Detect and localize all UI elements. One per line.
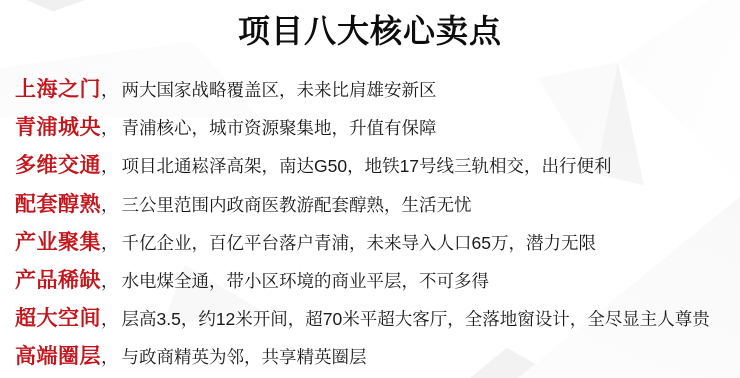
selling-point-description: 与政商精英为邻，共享精英圈层	[122, 347, 367, 367]
separator-comma: ，	[101, 80, 119, 100]
selling-point-label: 高端圈层	[15, 345, 101, 368]
selling-point-row: 配套醇熟，三公里范围内政商医教游配套醇熟，生活无忧	[15, 186, 740, 224]
selling-point-label: 产业聚集	[15, 231, 101, 254]
selling-point-row: 多维交通，项目北通崧泽高架，南达G50，地铁17号线三轨相交，出行便利	[15, 147, 740, 185]
separator-comma: ，	[101, 156, 119, 176]
selling-point-label: 青浦城央	[15, 116, 101, 139]
selling-point-row: 产业聚集，千亿企业，百亿平台落户青浦，未来导入人口65万，潜力无限	[15, 224, 740, 262]
slide-canvas: 项目八大核心卖点 上海之门，两大国家战略覆盖区，未来比肩雄安新区 青浦城央，青浦…	[0, 0, 740, 378]
selling-point-row: 青浦城央，青浦核心，城市资源聚集地，升值有保障	[15, 109, 740, 147]
selling-point-row: 产品稀缺，水电煤全通，带小区环境的商业平层，不可多得	[15, 262, 740, 300]
separator-comma: ，	[101, 309, 119, 329]
separator-comma: ，	[101, 118, 119, 138]
selling-point-label: 配套醇熟	[15, 193, 101, 216]
separator-comma: ，	[101, 233, 119, 253]
selling-point-label: 多维交通	[15, 154, 101, 177]
selling-point-description: 水电煤全通，带小区环境的商业平层，不可多得	[122, 271, 490, 291]
selling-points-list: 上海之门，两大国家战略覆盖区，未来比肩雄安新区 青浦城央，青浦核心，城市资源聚集…	[15, 71, 740, 377]
selling-point-description: 项目北通崧泽高架，南达G50，地铁17号线三轨相交，出行便利	[122, 156, 612, 176]
selling-point-description: 两大国家战略覆盖区，未来比肩雄安新区	[122, 80, 437, 100]
selling-point-row: 高端圈层，与政商精英为邻，共享精英圈层	[15, 338, 740, 376]
separator-comma: ，	[101, 271, 119, 291]
selling-point-row: 超大空间，层高3.5，约12米开间，超70米平超大客厅，全落地窗设计，全尽显主人…	[15, 300, 740, 338]
selling-point-label: 上海之门	[15, 78, 101, 101]
selling-point-description: 层高3.5，约12米开间，超70米平超大客厅，全落地窗设计，全尽显主人尊贵	[122, 309, 710, 329]
selling-point-description: 千亿企业，百亿平台落户青浦，未来导入人口65万，潜力无限	[122, 233, 596, 253]
selling-point-label: 超大空间	[15, 307, 101, 330]
selling-point-description: 青浦核心，城市资源聚集地，升值有保障	[122, 118, 437, 138]
selling-point-description: 三公里范围内政商医教游配套醇熟，生活无忧	[122, 195, 472, 215]
separator-comma: ，	[101, 347, 119, 367]
page-title: 项目八大核心卖点	[0, 6, 740, 52]
selling-point-row: 上海之门，两大国家战略覆盖区，未来比肩雄安新区	[15, 71, 740, 109]
selling-point-label: 产品稀缺	[15, 269, 101, 292]
separator-comma: ，	[101, 195, 119, 215]
